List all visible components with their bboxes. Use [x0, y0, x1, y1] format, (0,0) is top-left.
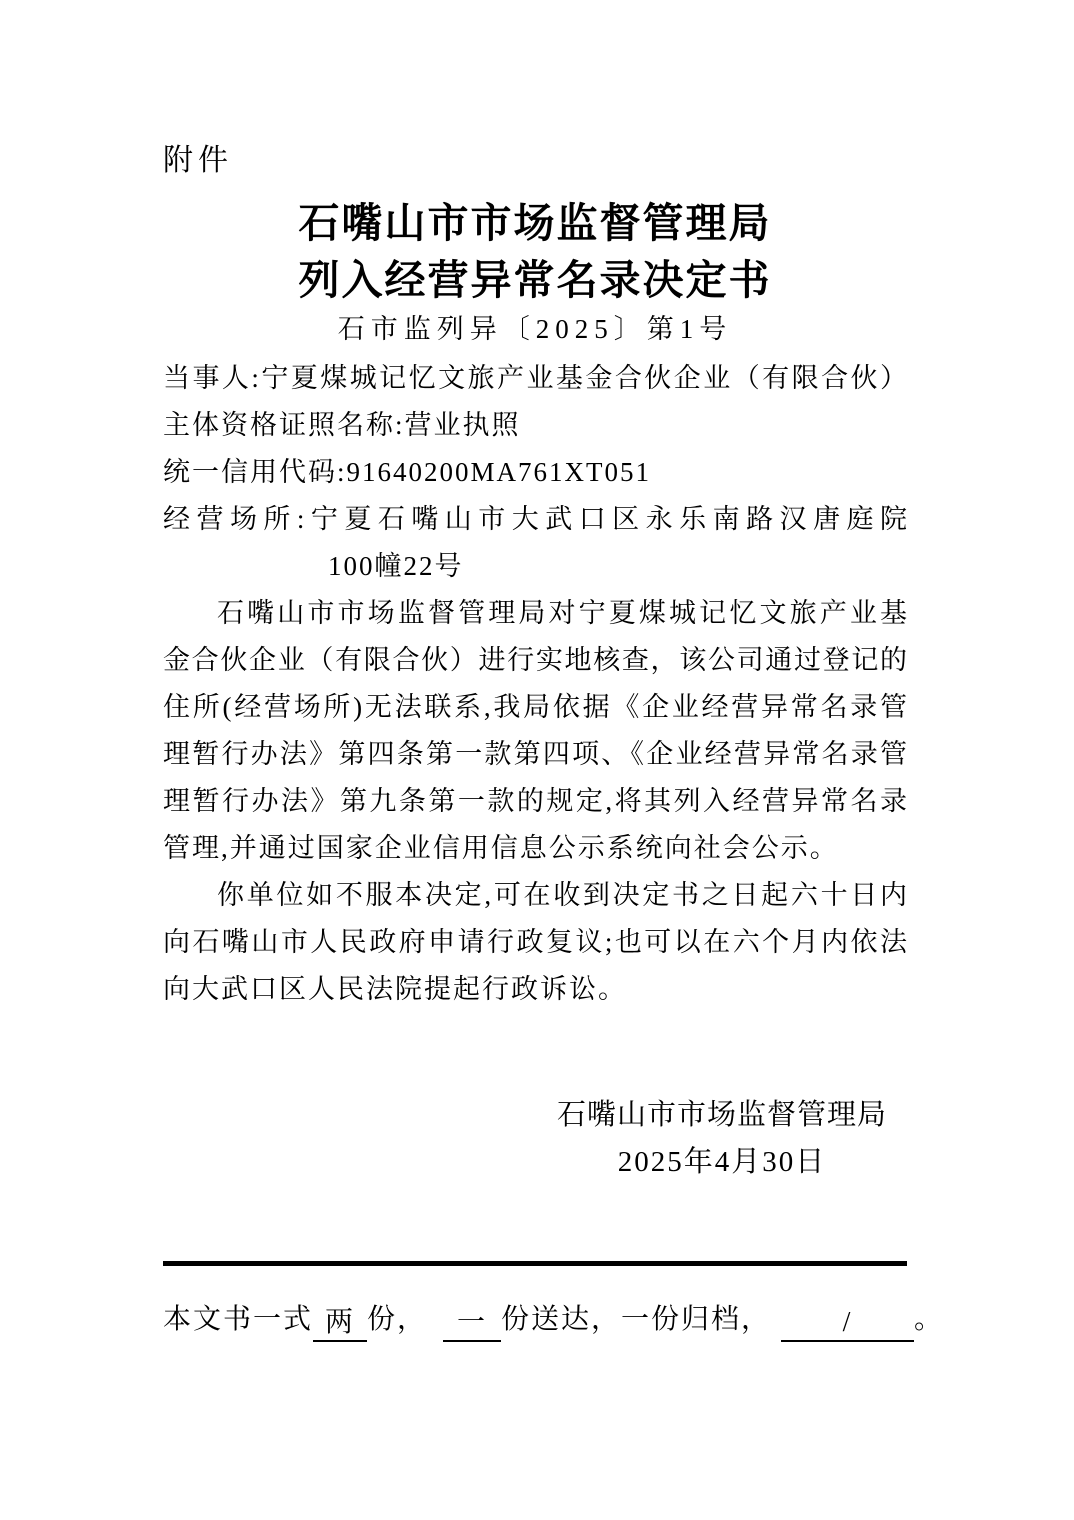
paragraph-line: 向大武口区人民法院提起行政诉讼。	[163, 966, 907, 1013]
signature-date: 2025年4月30日	[557, 1139, 887, 1186]
paragraph-line: 金合伙企业（有限合伙）进行实地核查，该公司通过登记的	[163, 637, 907, 684]
title-line-1: 石嘴山市市场监督管理局	[163, 195, 907, 252]
document-body: 当事人:宁夏煤城记忆文旅产业基金合伙企业（有限合伙） 主体资格证照名称:营业执照…	[163, 355, 907, 1013]
paragraph-line: 石嘴山市市场监督管理局对宁夏煤城记忆文旅产业基	[163, 590, 907, 637]
paragraph-line: 管理,并通过国家企业信用信息公示系统向社会公示。	[163, 825, 907, 872]
party-line: 当事人:宁夏煤城记忆文旅产业基金合伙企业（有限合伙）	[163, 355, 907, 402]
appeal-paragraph: 你单位如不服本决定,可在收到决定书之日起六十日内 向石嘴山市人民政府申请行政复议…	[163, 872, 907, 1013]
paragraph-line: 你单位如不服本决定,可在收到决定书之日起六十日内	[163, 872, 907, 919]
signature-org: 石嘴山市市场监督管理局	[557, 1092, 887, 1139]
paragraph-line: 理暂行办法》第九条第一款的规定,将其列入经营异常名录	[163, 778, 907, 825]
address-line-1: 经营场所:宁夏石嘴山市大武口区永乐南路汉唐庭院	[163, 496, 907, 543]
credit-code-line: 统一信用代码:91640200MA761XT051	[163, 449, 907, 496]
footer-seg-copies: 份，	[367, 1304, 427, 1335]
paragraph-line: 住所(经营场所)无法联系,我局依据《企业经营异常名录管	[163, 684, 907, 731]
document-page: 附件 石嘴山市市场监督管理局 列入经营异常名录决定书 石市监列异〔2025〕第1…	[0, 0, 1074, 1520]
document-title: 石嘴山市市场监督管理局 列入经营异常名录决定书	[163, 195, 907, 309]
footer-divider	[163, 1261, 907, 1266]
signature-block: 石嘴山市市场监督管理局 2025年4月30日	[163, 1092, 907, 1186]
address-line-2: 100幢22号	[163, 543, 907, 590]
title-line-2: 列入经营异常名录决定书	[163, 252, 907, 309]
paragraph-line: 向石嘴山市人民政府申请行政复议;也可以在六个月内依法	[163, 919, 907, 966]
signature-inner: 石嘴山市市场监督管理局 2025年4月30日	[557, 1092, 887, 1186]
footer-note: 本文书一式两份，一份送达，一份归档，/。	[163, 1298, 907, 1342]
copies-blank: 两	[313, 1306, 367, 1342]
footer-suffix: 。	[914, 1304, 944, 1335]
delivery-blank: 一	[443, 1306, 501, 1342]
footer-seg-delivery: 份送达，一份归档，	[501, 1304, 771, 1335]
decision-paragraph: 石嘴山市市场监督管理局对宁夏煤城记忆文旅产业基 金合伙企业（有限合伙）进行实地核…	[163, 590, 907, 872]
document-number: 石市监列异〔2025〕第1号	[163, 312, 907, 346]
archive-blank: /	[781, 1306, 914, 1342]
attachment-label: 附件	[163, 143, 907, 179]
footer-prefix: 本文书一式	[163, 1304, 313, 1335]
paragraph-line: 理暂行办法》第四条第一款第四项、《企业经营异常名录管	[163, 731, 907, 778]
license-line: 主体资格证照名称:营业执照	[163, 402, 907, 449]
